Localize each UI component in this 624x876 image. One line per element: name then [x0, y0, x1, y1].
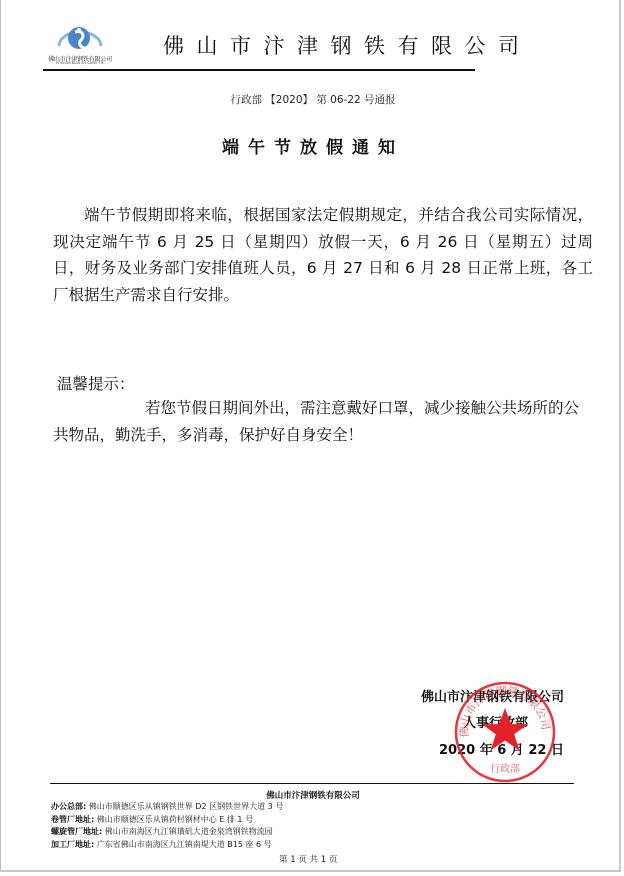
address-value: 佛山市顺德区乐从镇荷村钢材中心 E 排 1 号: [97, 815, 253, 824]
address-label: 加工厂地址:: [51, 840, 94, 849]
logo-english-text: FOSHAN BIAN JIN GANG TIE: [37, 61, 123, 65]
footer-company-name: 佛山市汴津钢铁有限公司: [1, 789, 624, 801]
document-page: 佛山市汴津钢铁有限公司 FOSHAN BIAN JIN GANG TIE 佛山市…: [0, 0, 621, 872]
document-reference: 行政部 【2020】 第 06-22 号通报: [1, 92, 624, 107]
letterhead-company-name: 佛山市汴津钢铁有限公司: [163, 30, 532, 60]
address-label: 办公总部:: [51, 802, 86, 811]
document-title: 端午节放假通知: [1, 133, 624, 158]
notice-body: 端午节假期即将来临，根据国家法定假期规定，并结合我公司实际情况，现决定端午节 6…: [53, 202, 593, 308]
footer-address-line: 螺旋管厂地址: 佛山市南海区九江镇璜矶大道金泉湾钢铁物流园: [51, 826, 283, 839]
official-seal-stamp-icon: 佛山市汴津钢铁有限公司 行政部: [453, 680, 557, 784]
footer-divider: [50, 783, 574, 784]
address-label: 卷管厂地址:: [51, 815, 94, 824]
header-divider: [43, 69, 475, 71]
tip-body: 若您节假日期间外出，需注意戴好口罩，减少接触公共场所的公共物品，勤洗手，多消毒，…: [53, 395, 593, 449]
footer-address-list: 办公总部: 佛山市顺德区乐从镇钢铁世界 D2 区钢铁世界大道 3 号 卷管厂地址…: [51, 801, 283, 851]
tip-paragraph: 若您节假日期间外出，需注意戴好口罩，减少接触公共场所的公共物品，勤洗手，多消毒，…: [53, 395, 593, 449]
footer-address-line: 办公总部: 佛山市顺德区乐从镇钢铁世界 D2 区钢铁世界大道 3 号: [51, 801, 283, 814]
logo-emblem-icon: [55, 24, 105, 54]
address-label: 螺旋管厂地址:: [51, 827, 102, 836]
footer-address-line: 卷管厂地址: 佛山市顺德区乐从镇荷村钢材中心 E 排 1 号: [51, 814, 283, 827]
notice-paragraph: 端午节假期即将来临，根据国家法定假期规定，并结合我公司实际情况，现决定端午节 6…: [53, 202, 593, 308]
footer-address-line: 加工厂地址: 广东省佛山市南海区九江镇南堤大道 B15 座 6 号: [51, 839, 283, 852]
seal-bottom-text: 行政部: [490, 762, 520, 775]
address-value: 佛山市顺德区乐从镇钢铁世界 D2 区钢铁世界大道 3 号: [89, 802, 284, 811]
address-value: 广东省佛山市南海区九江镇南堤大道 B15 座 6 号: [97, 840, 272, 849]
tip-heading: 温馨提示：: [57, 372, 135, 394]
page-indicator: 第 1 页 共 1 页: [279, 853, 337, 865]
company-logo: 佛山市汴津钢铁有限公司 FOSHAN BIAN JIN GANG TIE: [37, 24, 123, 66]
address-value: 佛山市南海区九江镇璜矶大道金泉湾钢铁物流园: [105, 827, 273, 836]
